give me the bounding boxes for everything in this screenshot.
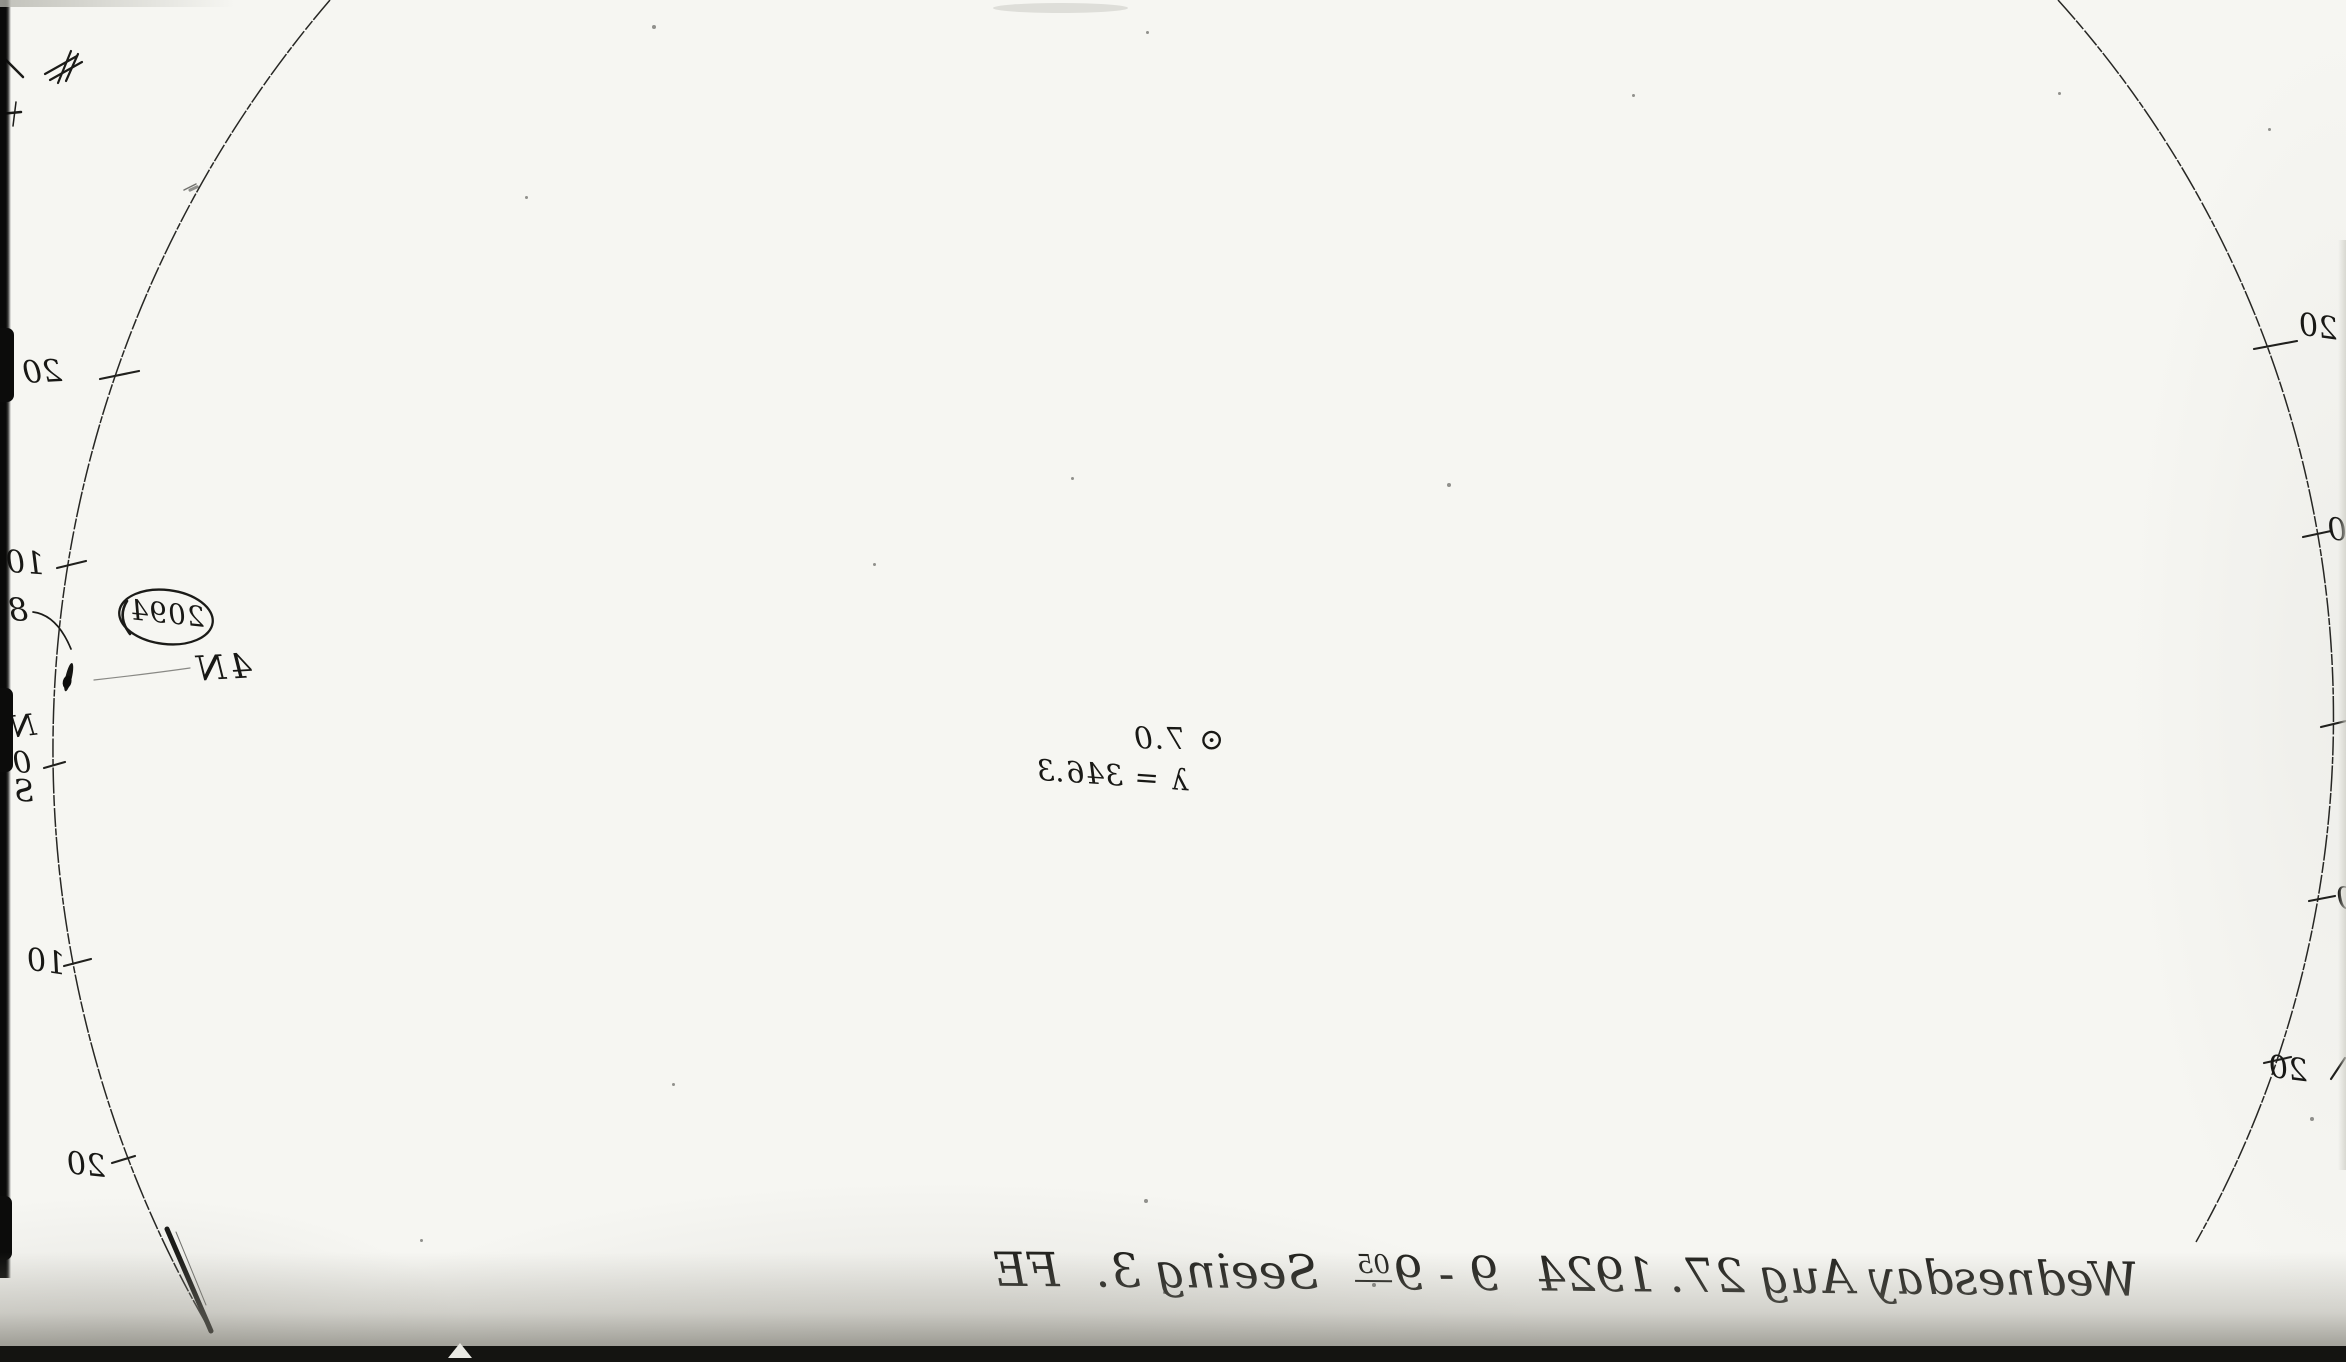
scan-edge-blob: [0, 688, 13, 772]
dust-speck: [2058, 92, 2061, 95]
dust-speck: [420, 1239, 423, 1242]
left-scale-label-s: S: [6, 773, 43, 811]
scan-edge-blob: [0, 328, 14, 402]
left-scale-label-20-north: 20: [17, 353, 67, 391]
spot-leader-line: [94, 668, 190, 680]
dust-speck: [1447, 483, 1451, 487]
dust-speck: [1163, 1291, 1166, 1294]
scan-smudge-top-left: [0, 0, 235, 7]
dust-speck: [2310, 1117, 2314, 1121]
dust-speck: [873, 563, 876, 566]
scan-edge-right: [2338, 240, 2346, 1170]
dust-speck: [672, 1083, 675, 1086]
left-scale-label-10-south: 10: [20, 941, 73, 983]
dust-speck: [1632, 94, 1635, 97]
scan-edge-blob: [0, 1196, 12, 1260]
spot-annotation: 4N: [188, 646, 256, 689]
dust-speck: [1071, 477, 1074, 480]
dust-speck: [652, 25, 656, 29]
scanned-observation-sheet: 20 10 8 N 0 S 10 20 20 0 0 20 2094 4N ⊙ …: [0, 0, 2346, 1362]
center-annotation-line1: ⊙ 7.0: [1128, 721, 1229, 758]
scan-smudge-top-center: [993, 3, 1128, 13]
dust-speck: [525, 196, 528, 199]
sunspot-mark: [61, 662, 76, 692]
left-scale-label-20-south: 20: [58, 1144, 113, 1185]
dust-speck: [1144, 1199, 1148, 1203]
latitude-leader-line: [33, 612, 71, 649]
scan-edge-bottom: [0, 1346, 2346, 1362]
disc-drawing-layer: [0, 0, 2346, 1362]
hash-scribble: [45, 51, 82, 83]
dust-speck: [1372, 1283, 1376, 1287]
scan-edge-left: [0, 0, 11, 1278]
dust-speck: [2268, 128, 2271, 131]
right-scale-label-20-south: 20: [2260, 1048, 2316, 1090]
dust-speck: [1146, 31, 1149, 34]
